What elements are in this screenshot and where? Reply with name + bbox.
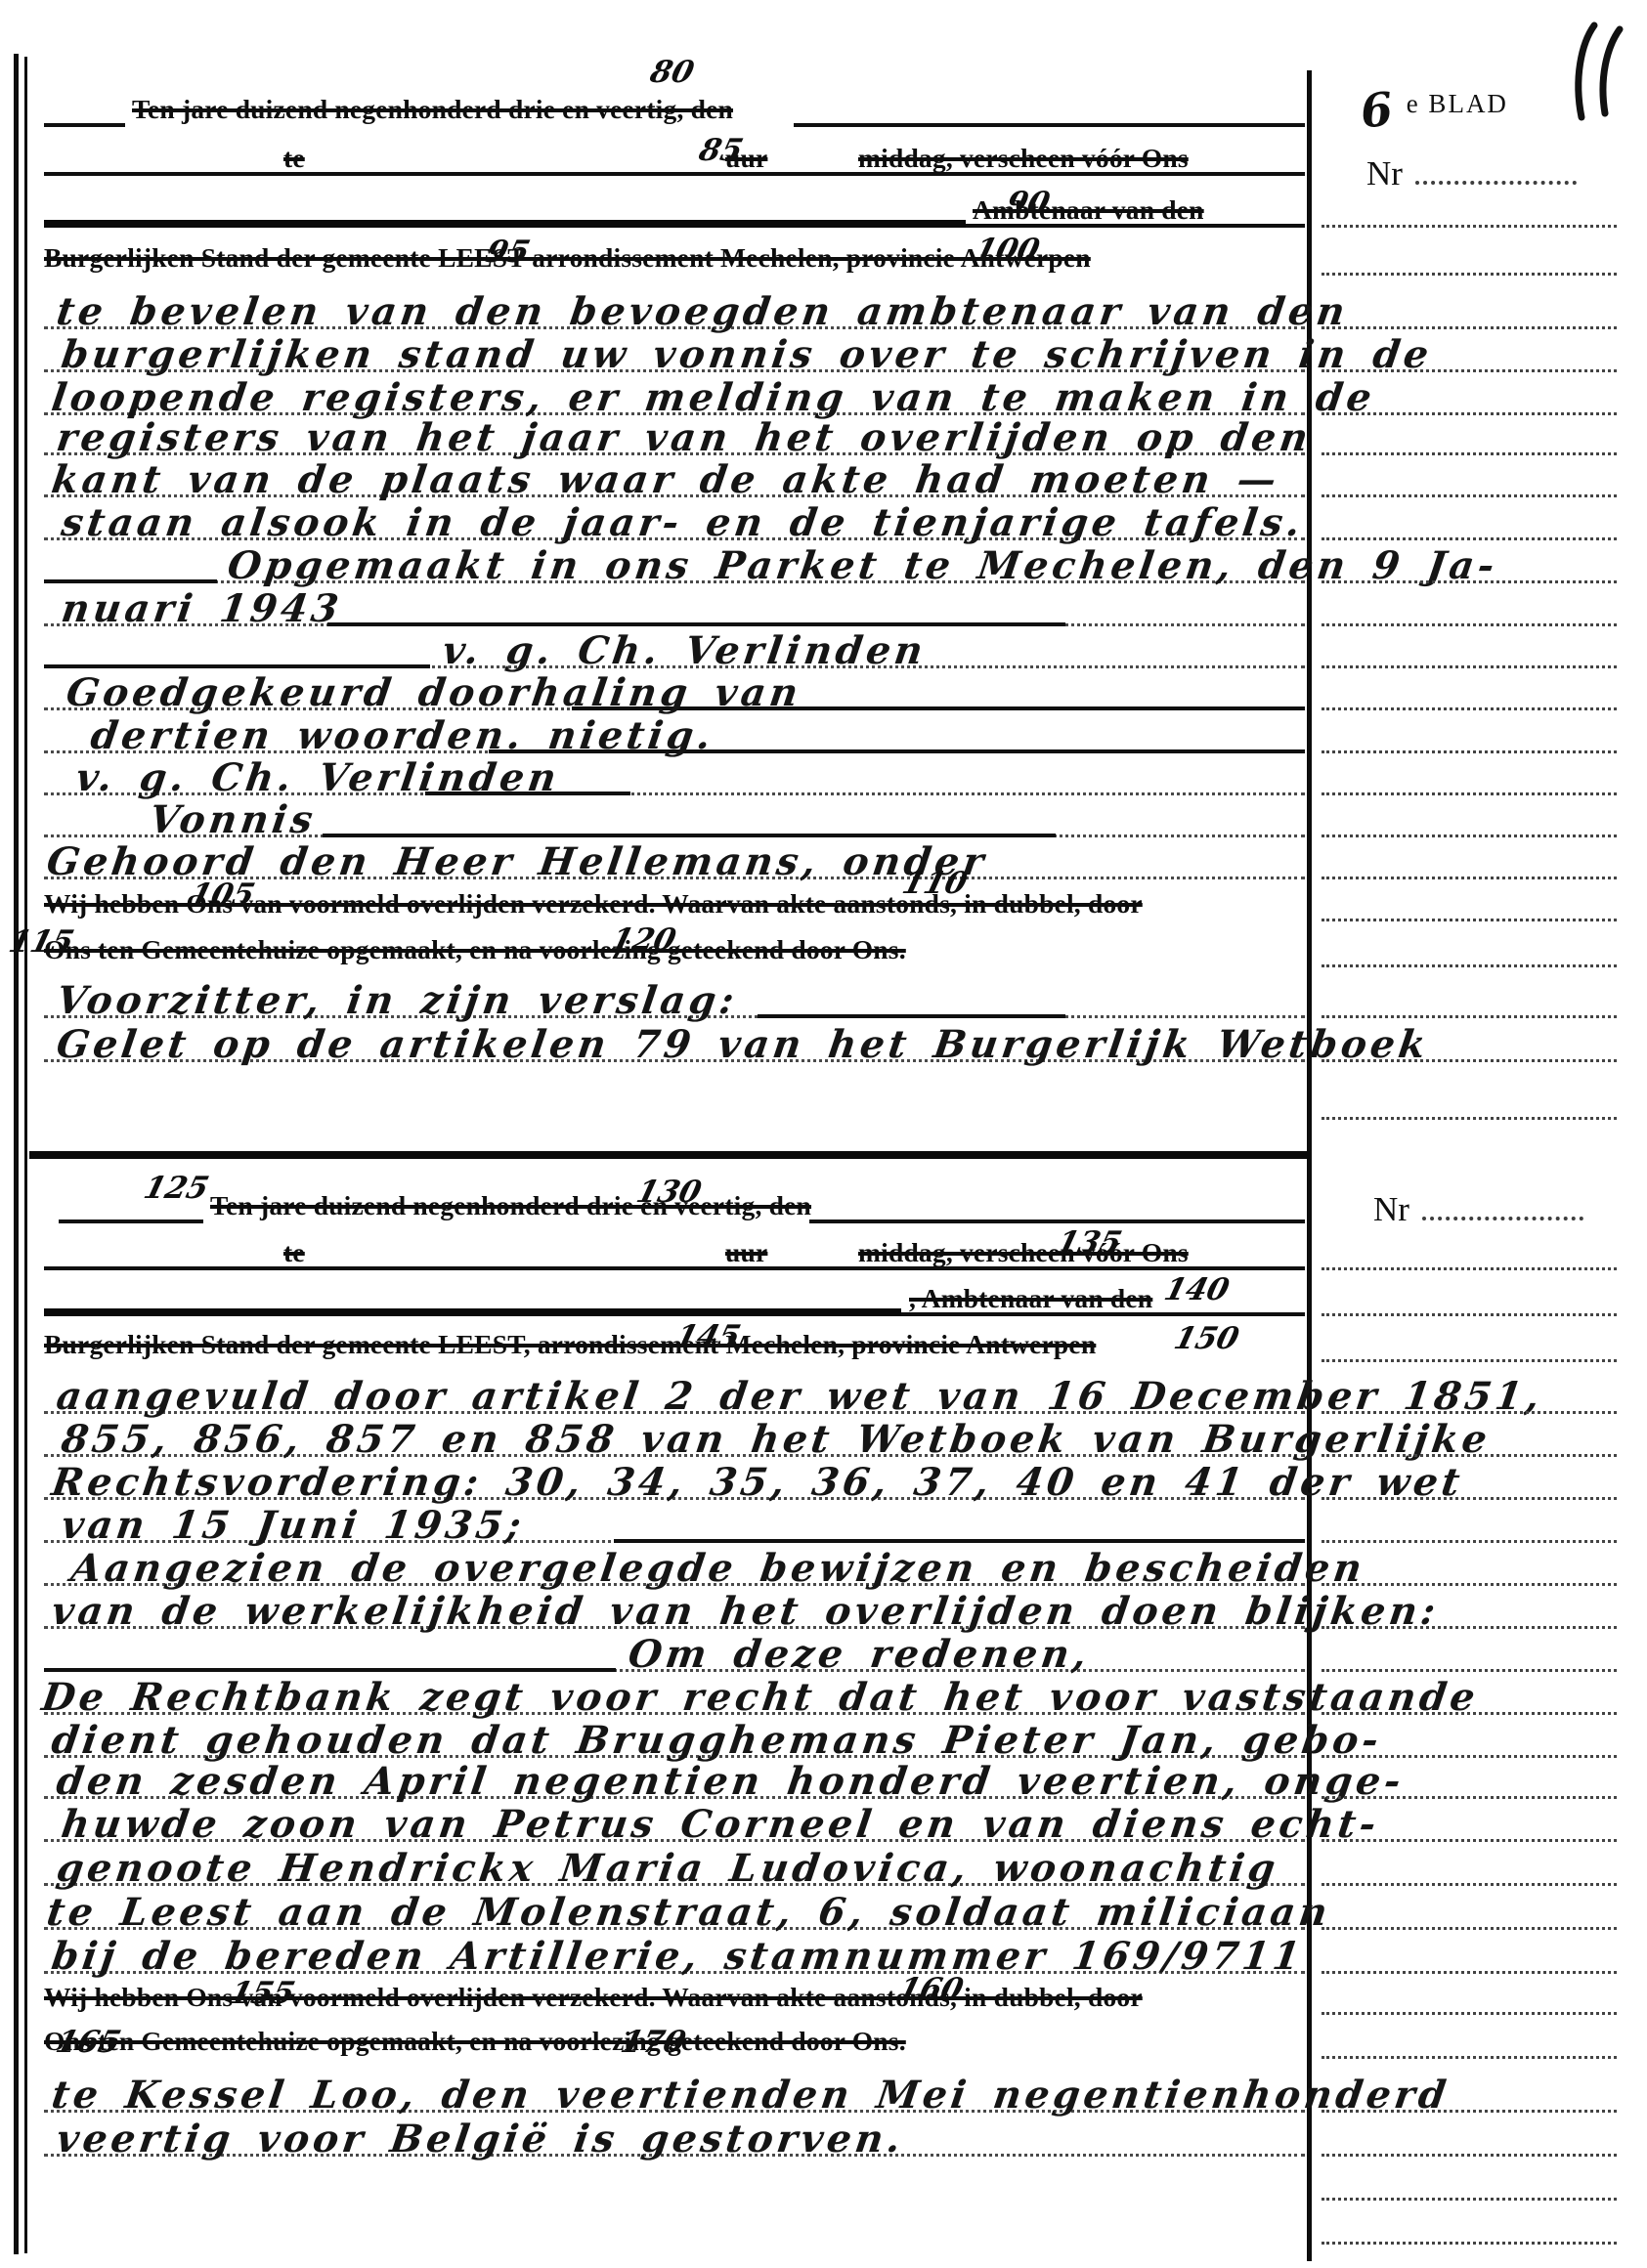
handwritten-line-number: 140 xyxy=(1161,1272,1234,1307)
margin-dotted-line xyxy=(1322,2110,1617,2113)
handwritten-line-number: 130 xyxy=(633,1175,706,1210)
margin-dotted-line xyxy=(1322,964,1617,967)
margin-dotted-line xyxy=(1322,919,1617,921)
margin-dotted-line xyxy=(1322,1015,1617,1018)
margin-dotted-line xyxy=(1322,273,1617,276)
margin-dotted-line xyxy=(1322,1927,1617,1930)
handwritten-line-number: 150 xyxy=(1171,1321,1243,1356)
margin-dotted-line xyxy=(1322,494,1617,497)
margin-dotted-line xyxy=(1322,1626,1617,1629)
margin-dotted-line xyxy=(1322,1883,1617,1886)
handwritten-line-number: 170 xyxy=(618,2025,690,2060)
handwritten-line-number: 105 xyxy=(187,877,259,913)
margin-dotted-line xyxy=(1322,1712,1617,1715)
margin-dotted-line xyxy=(1322,707,1617,710)
margin-dotted-line xyxy=(1322,537,1617,540)
margin-dotted-line xyxy=(1322,2012,1617,2015)
handwritten-line-number: 165 xyxy=(53,2025,125,2060)
margin-dotted-line xyxy=(1322,665,1617,668)
margin-dotted-line xyxy=(1322,2056,1617,2059)
handwritten-line-number: 90 xyxy=(1003,186,1054,221)
margin-dotted-line xyxy=(1322,750,1617,753)
margin-dotted-line xyxy=(1322,1583,1617,1586)
margin-dotted-line xyxy=(1322,580,1617,583)
handwritten-line-number: 85 xyxy=(696,133,747,168)
margin-dotted-line xyxy=(1322,452,1617,455)
margin-dotted-line xyxy=(1322,326,1617,329)
margin-dotted-line xyxy=(1322,1755,1617,1758)
margin-dotted-line xyxy=(1322,834,1617,837)
margin-dotted-line xyxy=(1322,792,1617,795)
handwritten-line-number: 110 xyxy=(899,866,972,901)
margin-dotted-line xyxy=(1322,1313,1617,1316)
margin-dotted-line xyxy=(1322,1454,1617,1457)
margin-dotted-line xyxy=(1322,1059,1617,1062)
document-page: 6 e BLAD Nr Nr Ten jare duizend negenhon… xyxy=(0,0,1647,2268)
margin-dotted-line xyxy=(1322,623,1617,626)
margin-dotted-line xyxy=(1322,2154,1617,2157)
margin-dotted-line xyxy=(1322,1669,1617,1672)
margin-dotted-line xyxy=(1322,1971,1617,1974)
margin-dotted-line xyxy=(1322,1117,1617,1120)
handwritten-line-number: 155 xyxy=(227,1976,299,2011)
margin-dotted-line xyxy=(1322,1267,1617,1270)
margin-dotted-line xyxy=(1322,2242,1617,2245)
handwritten-line-number: 160 xyxy=(895,1972,968,2007)
margin-dotted-line xyxy=(1322,1839,1617,1842)
handwritten-line-number: 80 xyxy=(647,55,698,90)
margin-dotted-line xyxy=(1322,2198,1617,2201)
handwritten-line-number: 135 xyxy=(1054,1225,1126,1261)
handwritten-line-number: 145 xyxy=(672,1319,745,1354)
margin-dotted-line xyxy=(1322,1359,1617,1362)
handwritten-line-number: 100 xyxy=(972,233,1044,268)
margin-dotted-line xyxy=(1322,877,1617,879)
margin-dotted-line xyxy=(1322,225,1617,228)
margin-dotted-line xyxy=(1322,369,1617,372)
margin-dotted-line xyxy=(1322,412,1617,415)
margin-dotted-line xyxy=(1322,1411,1617,1414)
handwritten-line-number: 120 xyxy=(608,922,680,958)
margin-dotted-line xyxy=(1322,1540,1617,1543)
handwritten-line-number: 115 xyxy=(6,924,78,960)
margin-dotted-line xyxy=(1322,1497,1617,1500)
margin-dotted-line xyxy=(1322,1796,1617,1799)
handwritten-line-number: 95 xyxy=(483,235,534,270)
handwritten-line-number: 125 xyxy=(141,1171,213,1206)
